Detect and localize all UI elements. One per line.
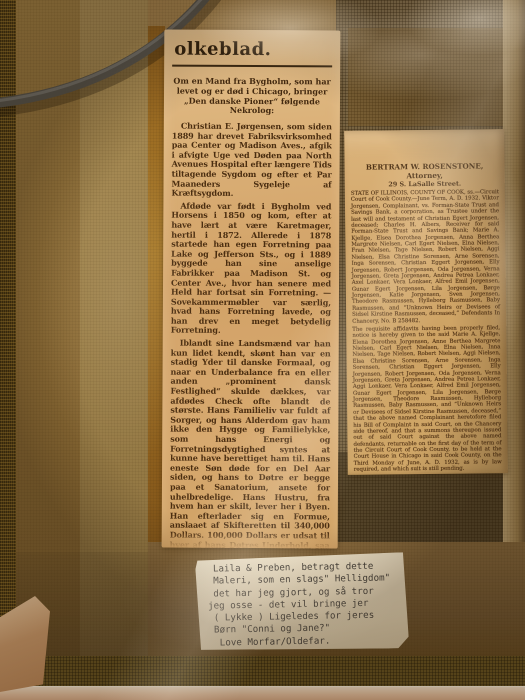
typed-note: Laila & Preben, betragt dette Maleri, so… [195,552,409,652]
framed-collage-photo: olkeblad. Om en Mand fra Bygholm, som ha… [0,0,525,700]
case-caption: STATE OF ILLINOIS, COUNTY OF COOK, ss.—C… [351,189,500,324]
attorney-address-line: 29 S. LaSalle Street. [351,179,499,189]
note-line: Love Morfar/Oldefar. [209,634,405,650]
newspaper-masthead: olkeblad. [172,38,332,68]
obituary-paragraph: Iblandt sine Landsmænd var han kun lidet… [169,339,331,549]
obituary-clipping: olkeblad. Om en Mand fra Bygholm, som ha… [162,30,341,549]
attorney-name-line: BERTRAM W. ROSENSTONE, Attorney, [351,161,499,181]
obituary-paragraph: Afdøde var født i Bygholm ved Horsens i … [171,201,332,336]
obituary-intro: Om en Mand fra Bygholm, som har levet og… [172,77,332,117]
notice-body: The requisite affidavits having been pro… [352,325,502,473]
obituary-paragraph: Christian E. Jørgensen, som siden 1889 h… [171,122,331,200]
legal-notice-clipping: BERTRAM W. ROSENSTONE, Attorney, 29 S. L… [344,129,508,475]
